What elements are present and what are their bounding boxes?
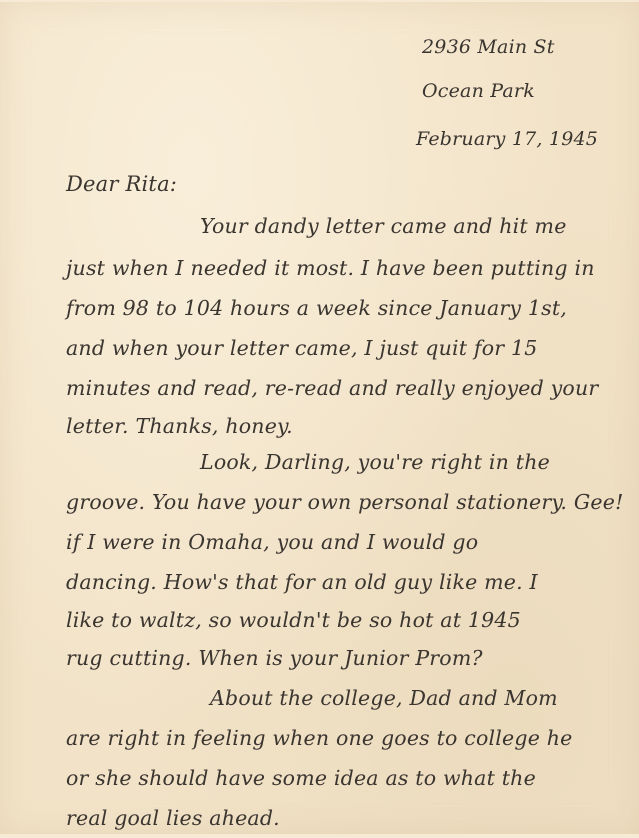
body-line: and when your letter came, I just quit f… [66,336,537,360]
body-line: dancing. How's that for an old guy like … [66,570,538,594]
body-line: Your dandy letter came and hit me [200,214,567,238]
body-line: rug cutting. When is your Junior Prom? [66,646,483,670]
return-address-city: Ocean Park [422,80,535,102]
return-address-street: 2936 Main St [422,36,555,58]
body-line: groove. You have your own personal stati… [66,490,624,514]
body-line: just when I needed it most. I have been … [66,256,595,280]
body-line: if I were in Omaha, you and I would go [66,530,478,554]
body-line: like to waltz, so wouldn't be so hot at … [66,608,521,632]
letter-date: February 17, 1945 [416,128,598,150]
body-line: minutes and read, re-read and really enj… [66,376,598,400]
body-line: are right in feeling when one goes to co… [66,726,573,750]
salutation: Dear Rita: [66,172,177,196]
body-line: About the college, Dad and Mom [210,686,558,710]
body-line: from 98 to 104 hours a week since Januar… [66,296,567,320]
body-line: Look, Darling, you're right in the [200,450,550,474]
letter-page: 2936 Main St Ocean Park February 17, 194… [0,2,639,834]
body-line: real goal lies ahead. [66,806,280,830]
body-line: or she should have some idea as to what … [66,766,536,790]
body-line: letter. Thanks, honey. [66,414,293,438]
